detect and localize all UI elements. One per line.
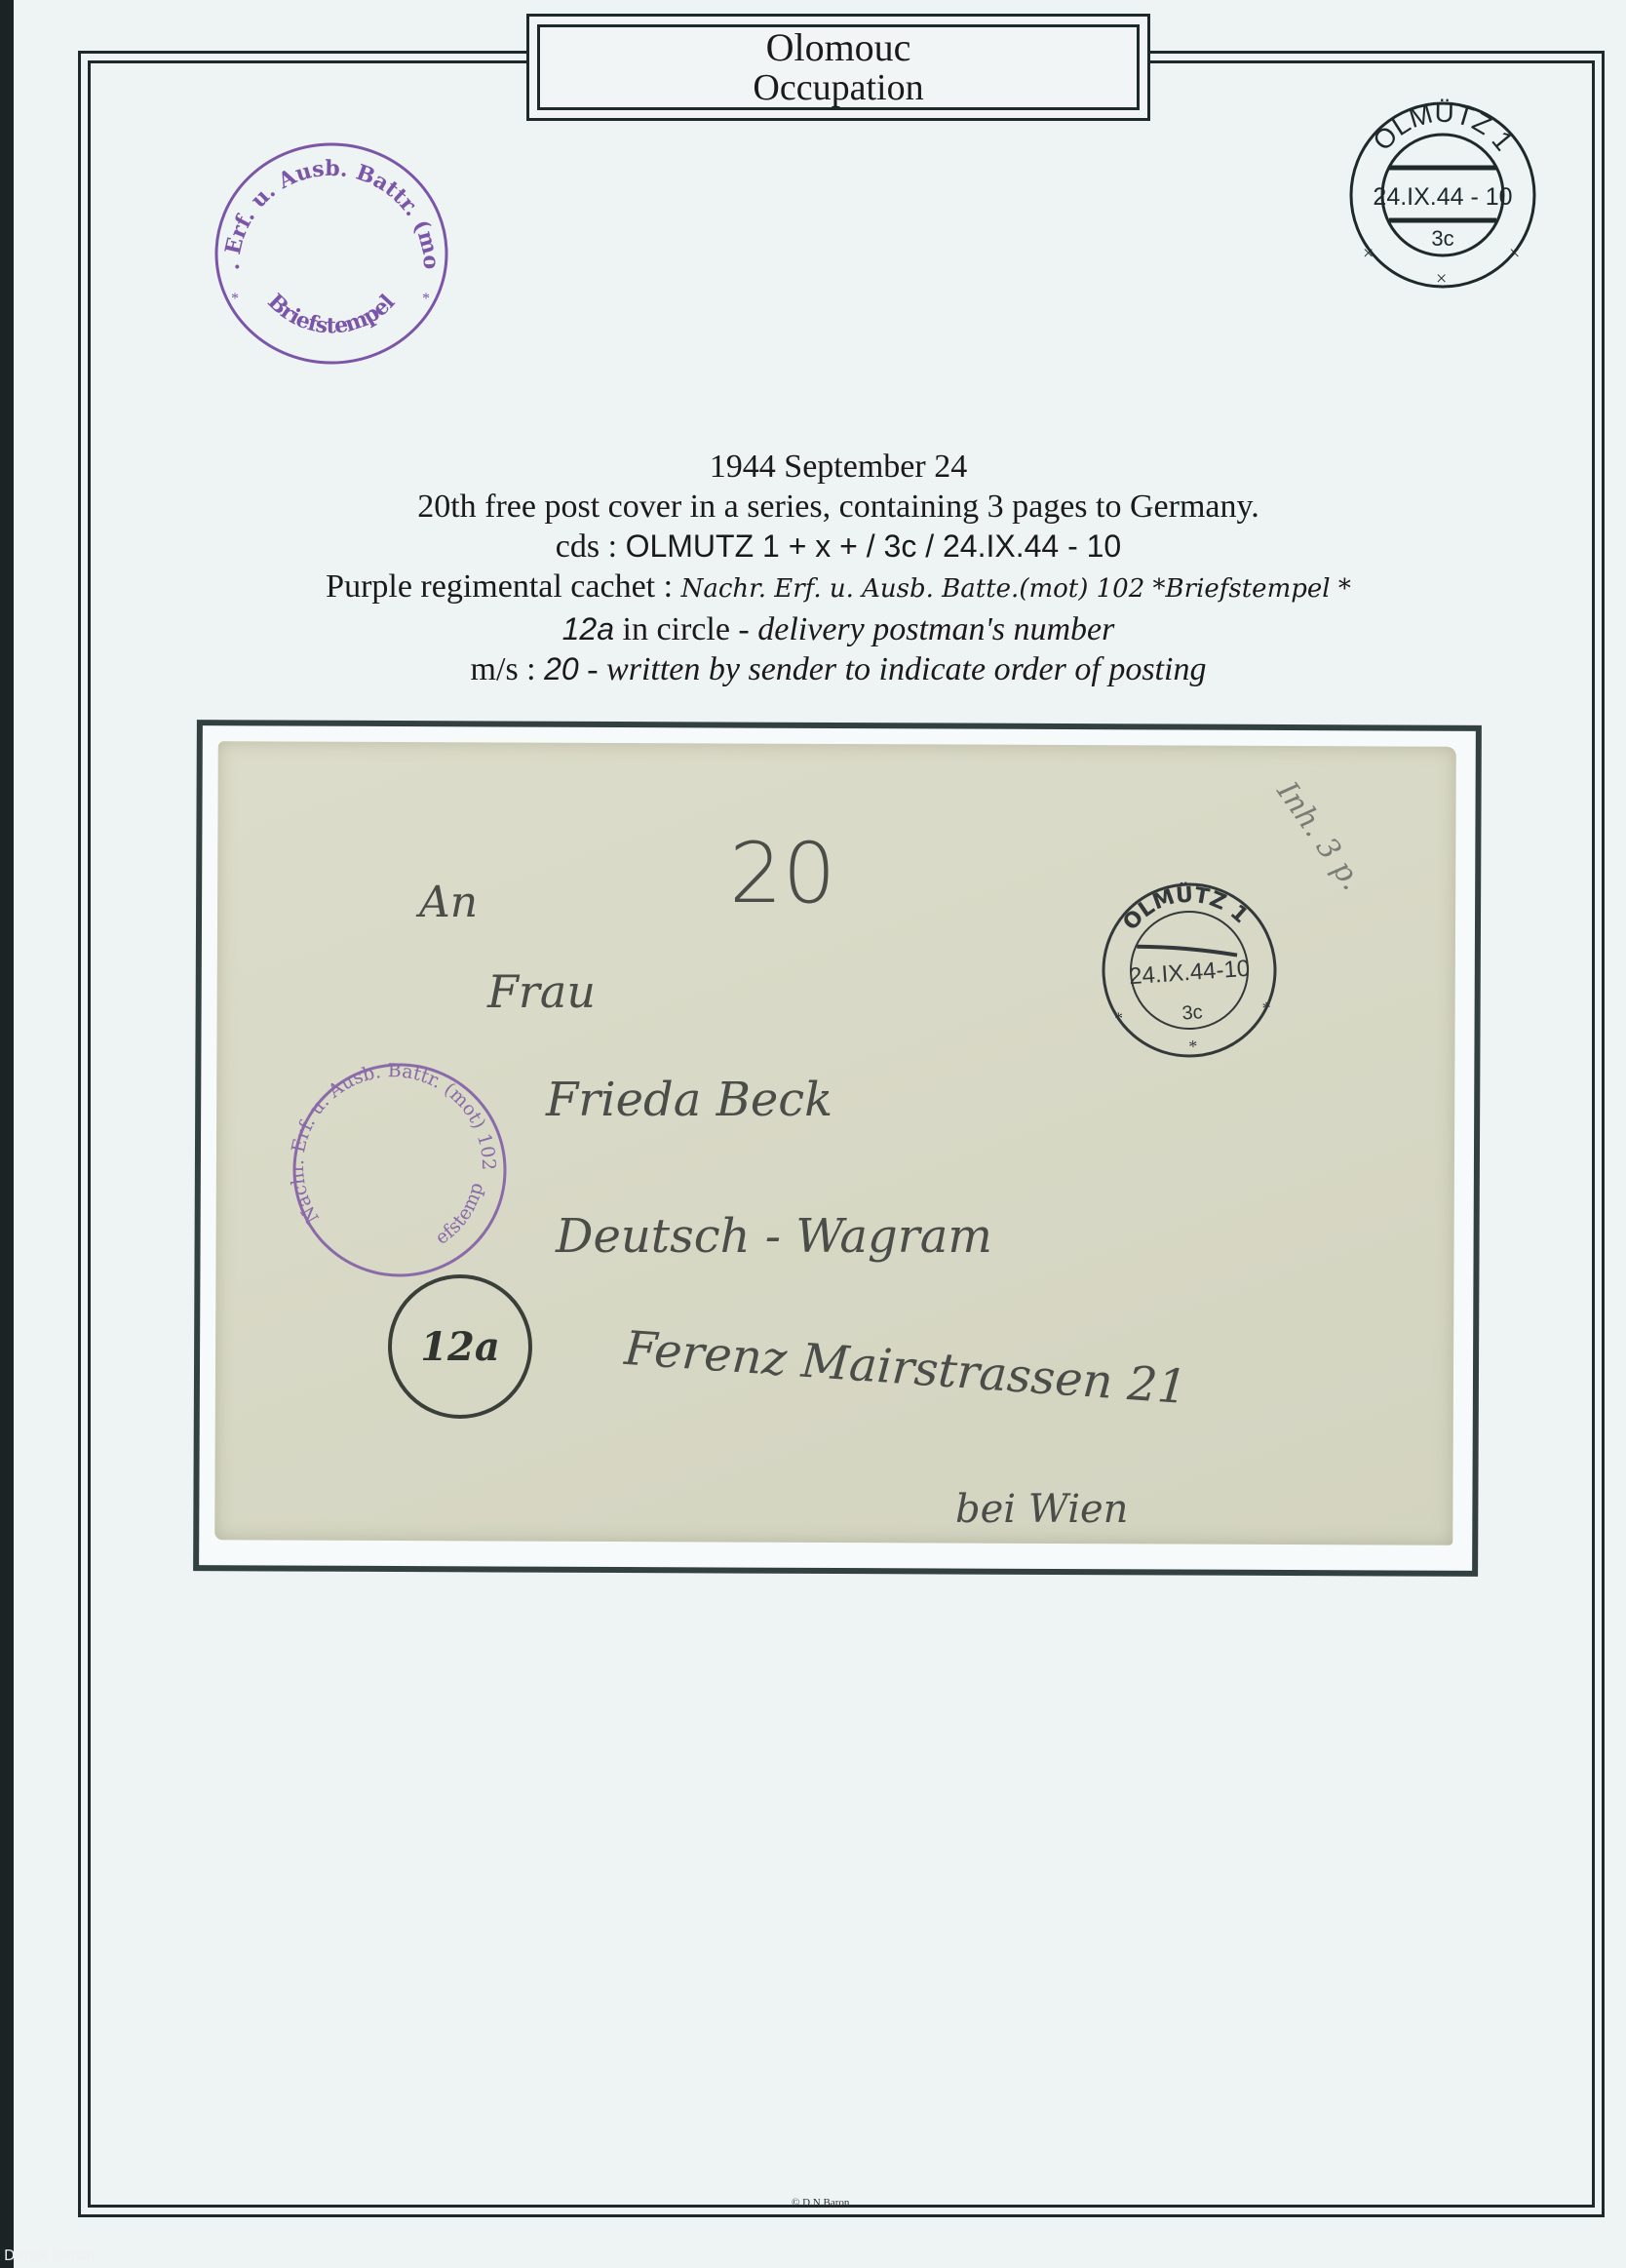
cover-cds-top-text: OLMÜTZ 1 [1116,878,1254,936]
cachet-top-text: Nachr. Erf. u. Ausb. Battr. (mot) 102 [200,132,444,270]
cover-cds-code: 3c [1181,1001,1204,1024]
cover-cds-date: 24.IX.44-10 [1128,956,1251,991]
address-line-4: Deutsch - Wagram [556,1209,992,1264]
address-line-2: Frau [487,965,596,1018]
cachet-bottom-text: Briefstempel [262,289,400,338]
star-icon: * [1261,997,1271,1018]
description-summary: 20th free post cover in a series, contai… [156,487,1521,527]
scan-edge [0,0,14,2268]
cover-regimental-cachet: Nachr. Erf. u. Ausb. Battr. (mot) 102 Br… [278,1048,522,1292]
copyright: © D.N.Baron [792,2197,849,2209]
postman-number-circle: 12a [388,1274,532,1419]
watermark: Derek Baron [4,2247,95,2264]
cds-postmark-illustration: OLMÜTZ 1 24.IX.44 - 10 3c × × × [1345,98,1540,293]
cross-icon: × [1436,268,1447,290]
svg-text:OLMÜTZ 1: OLMÜTZ 1 [1367,98,1519,156]
address-line-1: An [419,878,478,927]
svg-text:Briefstempel: Briefstempel [262,289,400,338]
cross-icon: × [1509,243,1520,264]
address-line-6: bei Wien [955,1487,1128,1532]
regimental-cachet-illustration: Nachr. Erf. u. Ausb. Battr. (mot) 102 Br… [200,132,463,375]
page-title: Olomouc [766,27,911,68]
star-icon: * [1188,1036,1198,1057]
ms-order-number: 20 [729,825,835,922]
star-icon: * [422,291,430,307]
svg-text:OLMÜTZ 1: OLMÜTZ 1 [1116,878,1254,936]
description-cachet: Purple regimental cachet : Nachr. Erf. u… [156,567,1521,609]
cover-cds-postmark: OLMÜTZ 1 24.IX.44-10 3c * * * [1092,873,1287,1068]
cds-top-text: OLMÜTZ 1 [1367,98,1519,156]
cds-code: 3c [1431,226,1453,251]
title-box: Olomouc Occupation [526,14,1150,121]
cover-description: 1944 September 24 20th free post cover i… [156,447,1521,689]
description-cds: cds : OLMUTZ 1 + x + / 3c / 24.IX.44 - 1… [156,527,1521,567]
page-subtitle: Occupation [753,68,923,107]
description-ms: m/s : 20 - written by sender to indicate… [156,649,1521,689]
description-postman: 12a in circle - delivery postman's numbe… [156,609,1521,649]
cross-icon: × [1363,243,1374,264]
description-date: 1944 September 24 [156,447,1521,487]
star-icon: * [1114,1008,1124,1029]
star-icon: * [231,291,239,307]
svg-text:Nachr. Erf. u. Ausb. Battr. (m: Nachr. Erf. u. Ausb. Battr. (mot) 102 [200,132,444,270]
address-line-3: Frieda Beck [546,1073,832,1127]
cds-date: 24.IX.44 - 10 [1373,183,1512,211]
